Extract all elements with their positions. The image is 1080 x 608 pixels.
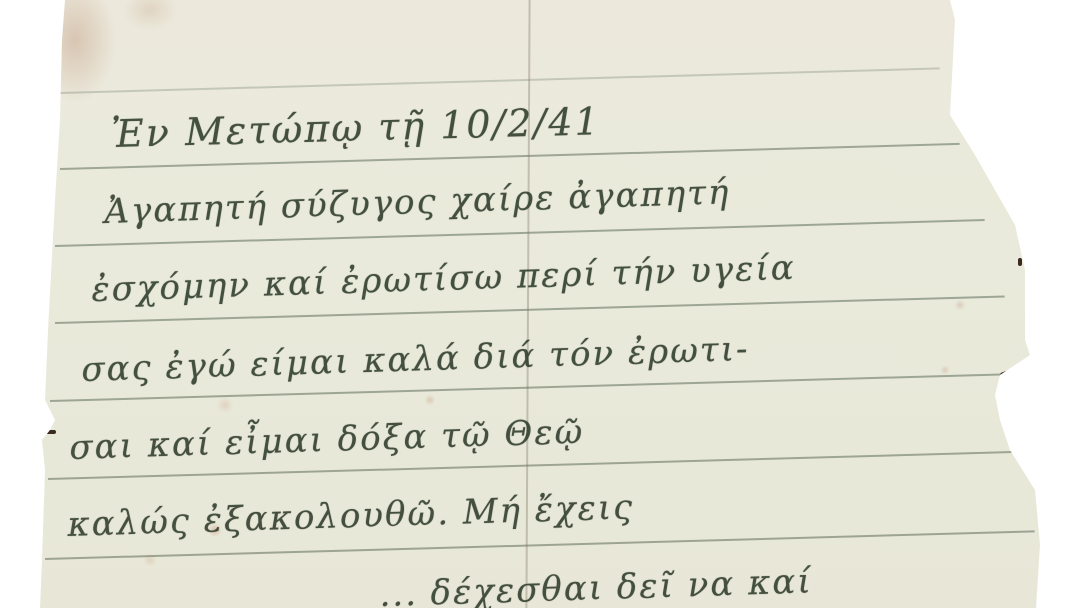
handwritten-line: ἐσχόμην καί ἐρωτίσω περί τήν υγεία [91, 248, 797, 310]
handwritten-line-partial: ... δέχεσθαι δεῖ να καί [379, 561, 813, 608]
handwritten-line: Ἀγαπητή σύζυγος χαίρε ἀγαπητή [104, 172, 731, 232]
handwritten-line: σαι καί εἶμαι δόξα τῷ Θεῷ [69, 412, 585, 468]
handwritten-line: καλώς ἐξακολουθῶ. Μή ἔχεις [67, 487, 635, 545]
torn-edge-mark [1018, 258, 1022, 266]
photo-stage: Ἐν Μετώπῳ τῇ 10/2/41 Ἀγαπητή σύζυγος χαί… [0, 0, 1080, 608]
ruled-line [60, 67, 940, 93]
handwritten-line: σας ἐγώ είμαι καλά διά τόν ἐρωτι- [81, 329, 750, 390]
torn-edge-mark [1000, 367, 1018, 377]
letter-paper: Ἐν Μετώπῳ τῇ 10/2/41 Ἀγαπητή σύζυγος χαί… [0, 0, 1080, 608]
torn-edge-mark [46, 430, 56, 434]
